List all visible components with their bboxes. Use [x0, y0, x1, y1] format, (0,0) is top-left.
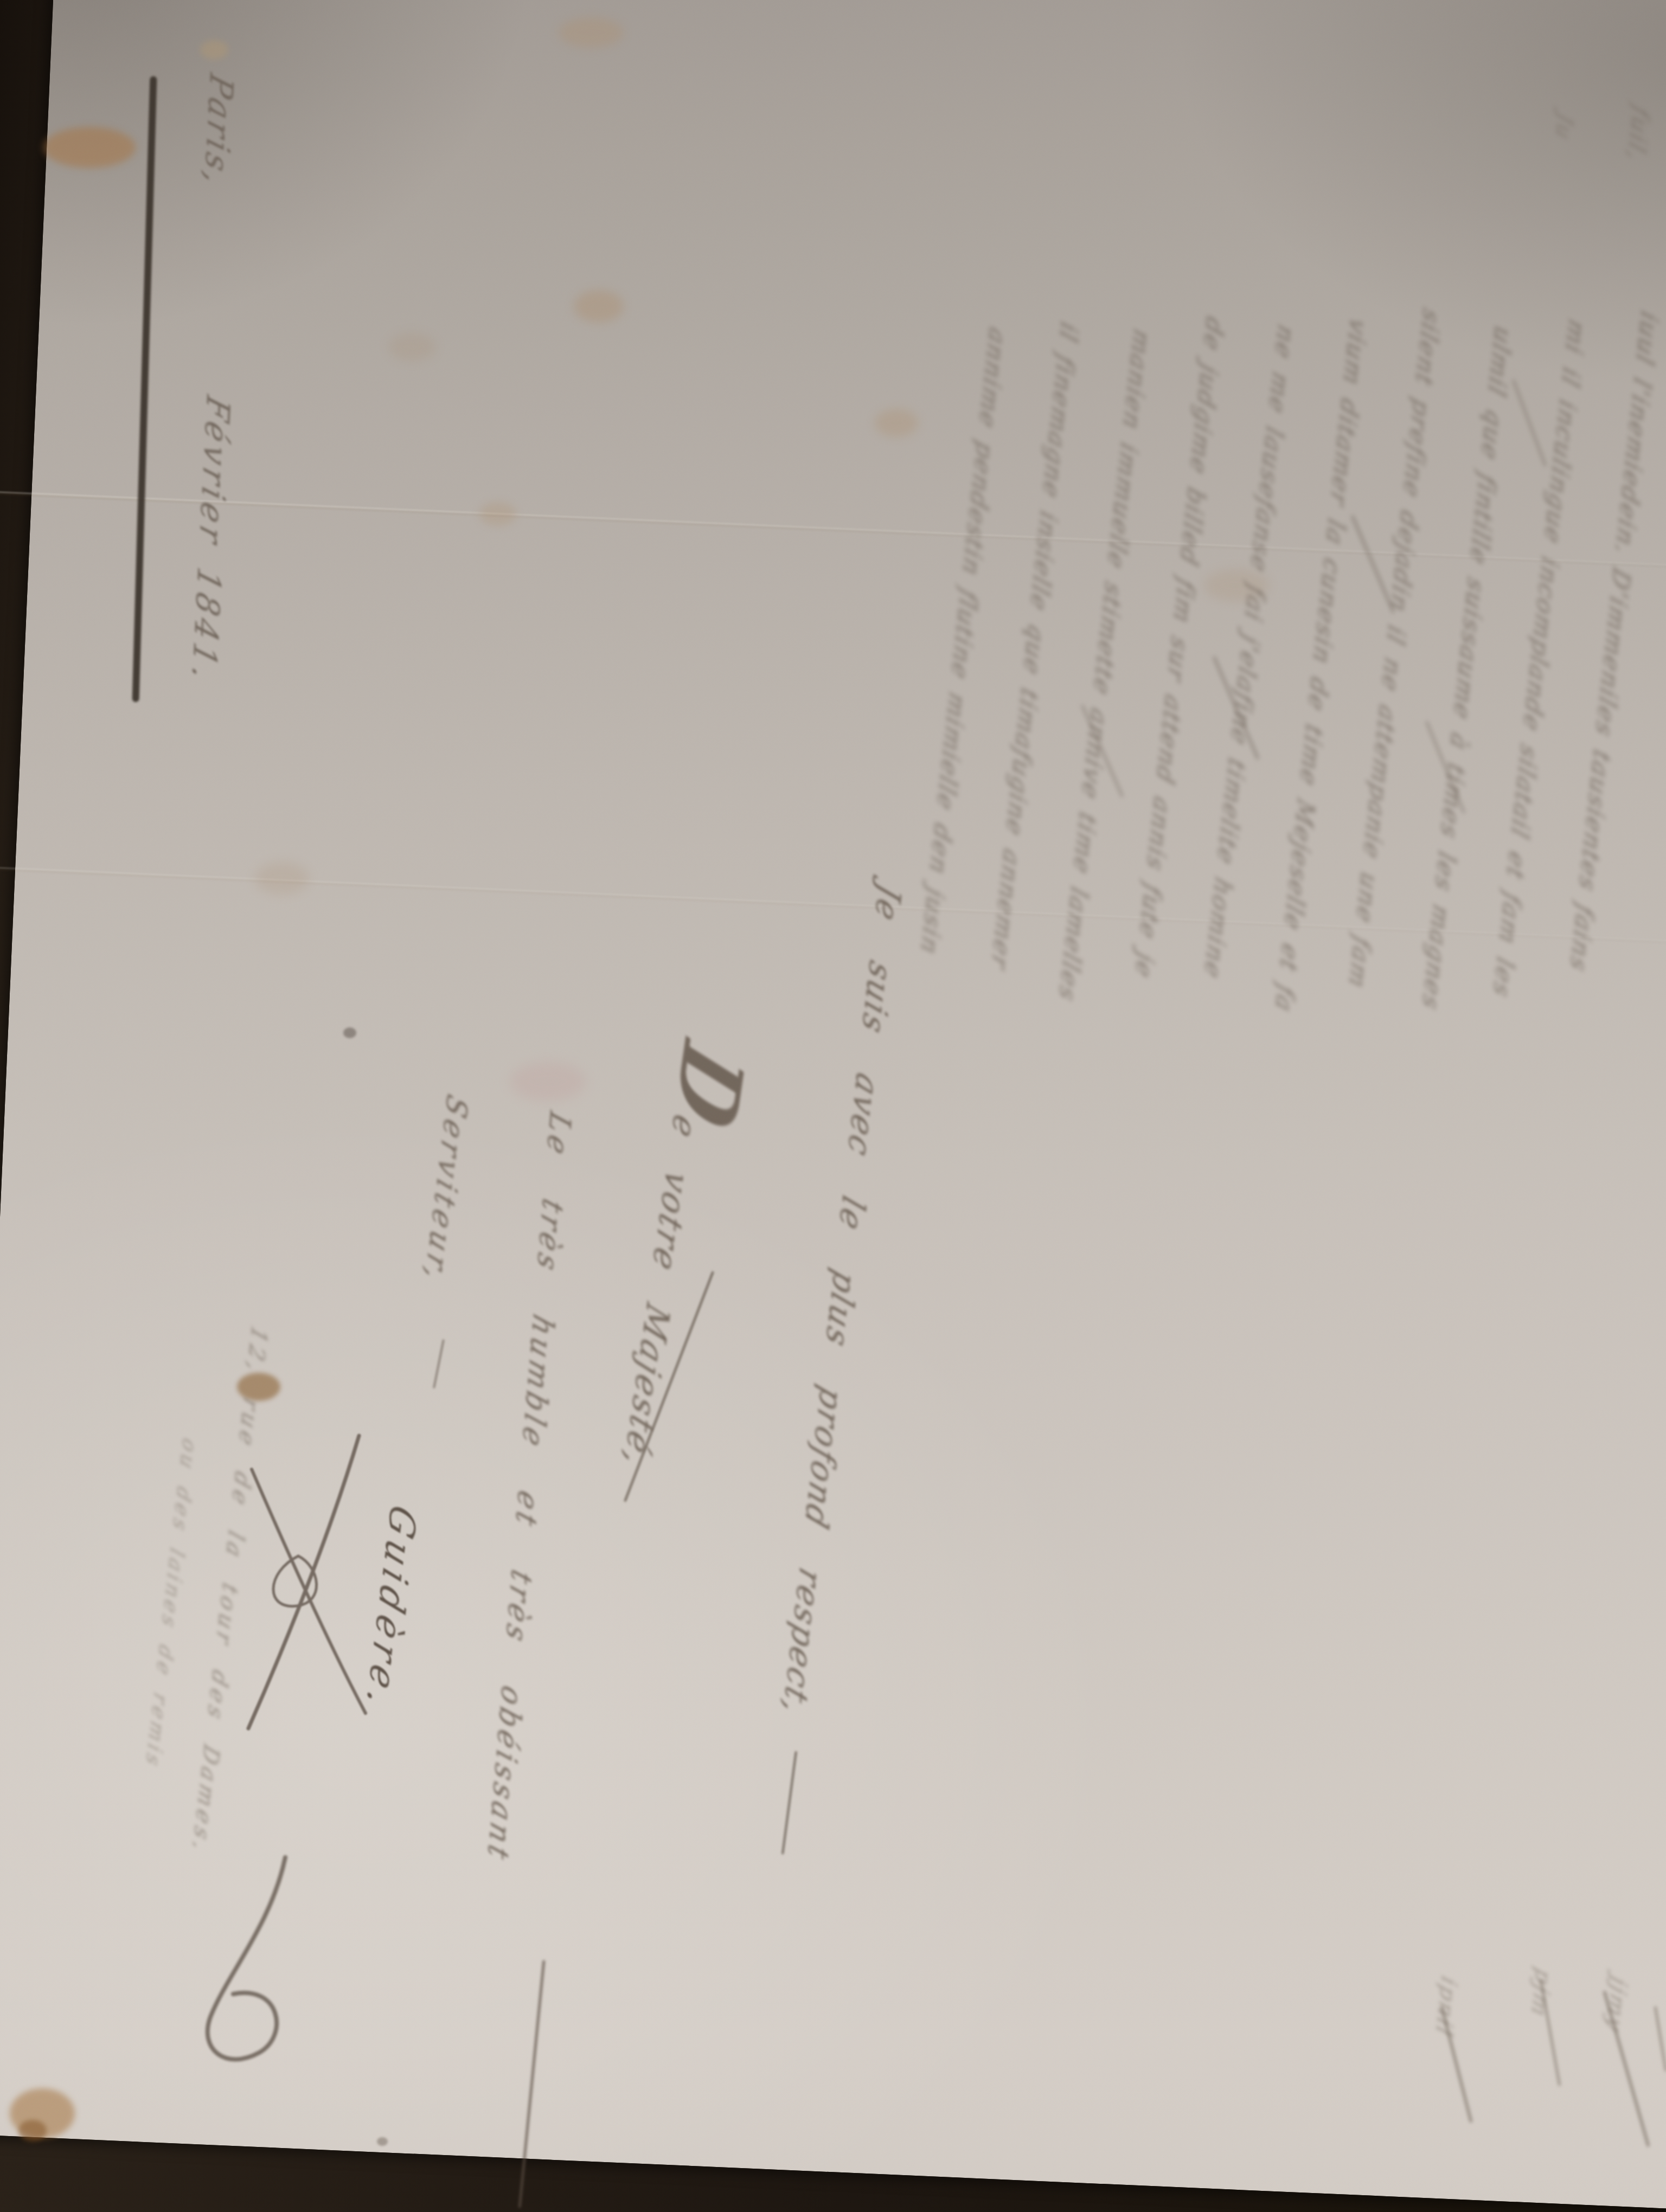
- photo-of-letter: fuil,Juiuul l'inemiedein. D'immeniles ta…: [0, 0, 1666, 2212]
- photo-grain-texture: [0, 0, 1666, 2212]
